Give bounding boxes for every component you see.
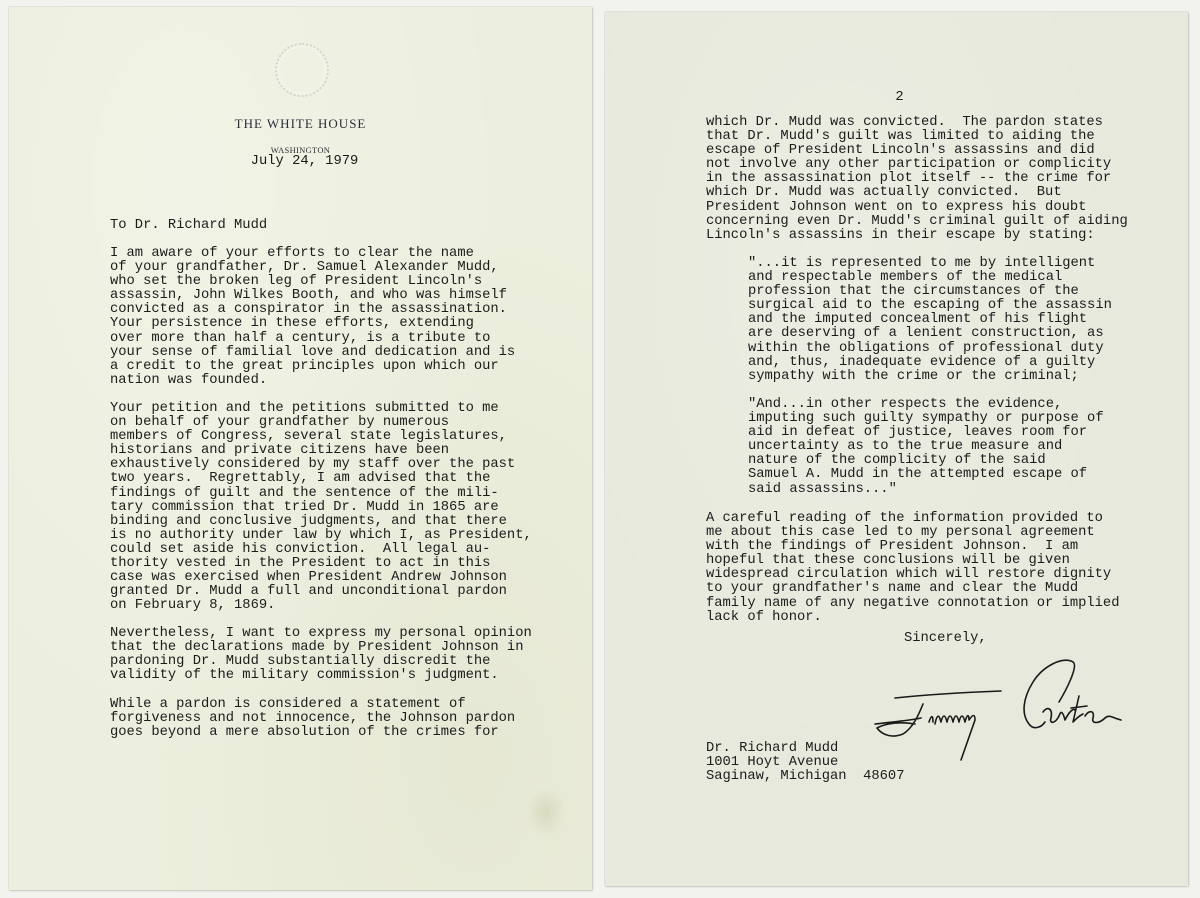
paragraph-3: Nevertheless, I want to express my perso… (110, 627, 532, 683)
page-number: 2 (605, 90, 1188, 105)
block-quote-2: "And...in other respects the evidence, i… (748, 398, 1104, 497)
paper-stain (526, 787, 566, 837)
embossed-seal-icon (275, 43, 329, 97)
recipient-address: Dr. Richard Mudd 1001 Hoyt Avenue Sagina… (706, 742, 904, 784)
letterhead-title: THE WHITE HOUSE (9, 116, 592, 132)
letter-page-2: 2 which Dr. Mudd was convicted. The pard… (605, 12, 1188, 886)
address-street: 1001 Hoyt Avenue (706, 755, 838, 770)
block-quote-1: "...it is represented to me by intellige… (748, 257, 1112, 384)
address-name: Dr. Richard Mudd (706, 741, 838, 756)
paragraph-4: While a pardon is considered a statement… (110, 698, 515, 740)
letter-date: July 24, 1979 (9, 154, 592, 169)
paragraph-continuation: which Dr. Mudd was convicted. The pardon… (706, 116, 1128, 243)
salutation: To Dr. Richard Mudd (110, 219, 267, 233)
signature-icon (873, 652, 1123, 762)
letter-page-1: THE WHITE HOUSE WASHINGTON July 24, 1979… (9, 7, 592, 890)
paragraph-1: I am aware of your efforts to clear the … (110, 247, 515, 388)
closing: Sincerely, (904, 632, 987, 646)
paragraph-conclusion: A careful reading of the information pro… (706, 512, 1119, 625)
address-city-state-zip: Saginaw, Michigan 48607 (706, 769, 904, 784)
paragraph-2: Your petition and the petitions submitte… (110, 402, 532, 613)
